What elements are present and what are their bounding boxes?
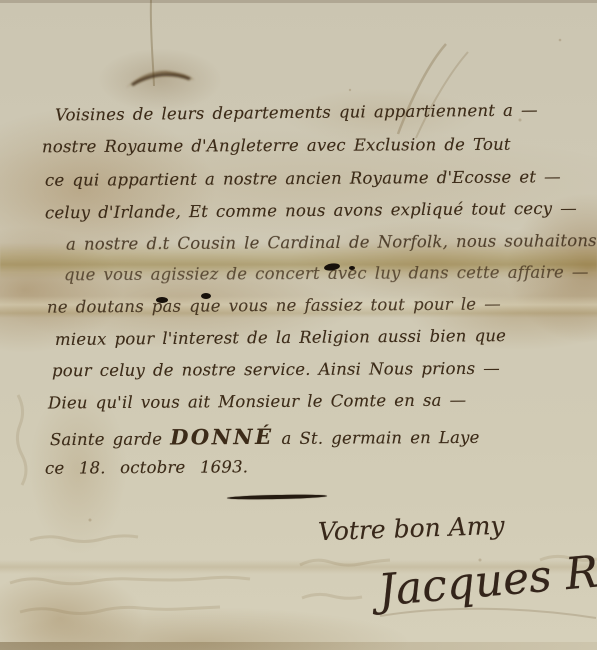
pen-trial-arc (416, 52, 468, 138)
letter-line-2: nostre Royaume d'Angleterre avec Exclusi… (42, 135, 511, 156)
letter-line-5: a nostre d.t Cousin le Cardinal de Norfo… (66, 231, 597, 254)
letter-line-7: ne doutans pas que vous ne fassiez tout … (47, 294, 501, 316)
letter-line-8: mieux pour l'interest de la Religion aus… (55, 326, 506, 349)
vertical-crease (151, 0, 154, 86)
letter-line-12-date: ce 18. octobre 1693. (45, 457, 248, 477)
paper-bottom-edge (0, 642, 597, 650)
letter-line-11: Sainte garde DONNÉ a St. germain en Laye (50, 423, 480, 450)
letter-line-4: celuy d'Irlande, Et comme nous avons exp… (45, 199, 577, 223)
date-underline-flourish (227, 494, 327, 500)
crescent-smudge (126, 71, 194, 88)
paper-top-edge (0, 0, 597, 3)
letter-line-6: que vous agissiez de concert avec luy da… (64, 263, 589, 285)
donne-word: DONNÉ (170, 424, 274, 450)
line-11-pre: Sainte garde (50, 429, 170, 449)
closing-salutation: Votre bon Amy (318, 511, 505, 546)
manuscript-page: Voisines de leurs departements qui appar… (0, 0, 597, 650)
letter-line-9: pour celuy de nostre service. Ainsi Nous… (52, 359, 500, 380)
letter-line-10: Dieu qu'il vous ait Monsieur le Comte en… (48, 391, 466, 413)
signature-jacques-r: Jacques R (376, 546, 597, 616)
letter-line-3: ce qui appartient a nostre ancien Royaum… (45, 167, 561, 190)
paper-stains (0, 0, 597, 650)
creases-smudges-and-showthrough (0, 0, 597, 650)
letter-line-1: Voisines de leurs departements qui appar… (55, 100, 538, 124)
line-11-post: a St. germain en Laye (274, 428, 480, 448)
